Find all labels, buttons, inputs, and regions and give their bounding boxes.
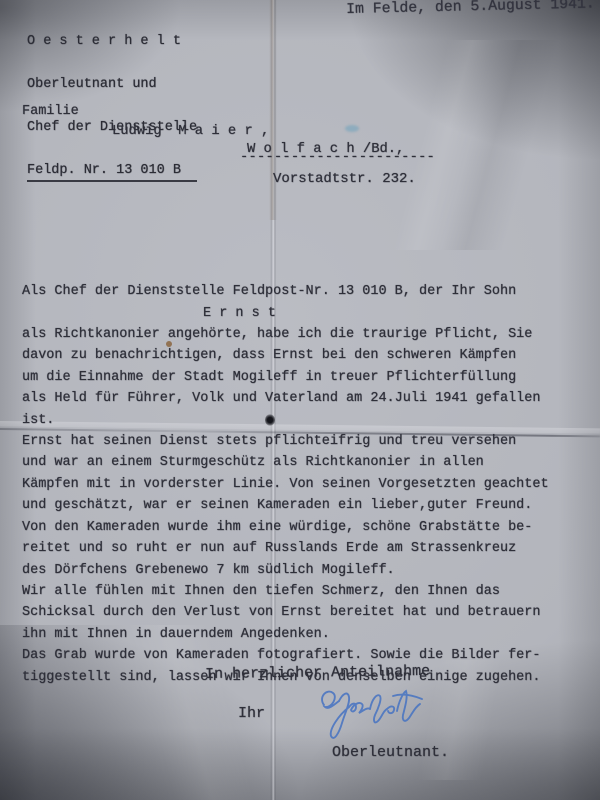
sender-fieldpost-number: Feldp. Nr. 13 010 B bbox=[27, 164, 197, 181]
body-line: und war an einem Sturmgeschütz als Richt… bbox=[22, 452, 582, 473]
sender-name: O e s t e r h e l t bbox=[27, 35, 197, 49]
recipient-street: Vorstadtstr. 232. bbox=[273, 171, 416, 187]
signature-ink-icon bbox=[314, 685, 426, 749]
body-line: des Dörfchens Grebenewo 7 km südlich Mog… bbox=[22, 560, 582, 581]
body-line: als Richtkanonier angehörte, habe ich di… bbox=[22, 324, 582, 345]
recipient-family-label: Familie bbox=[22, 104, 79, 119]
letter-body: Als Chef der Dienststelle Feldpost-Nr. 1… bbox=[22, 217, 582, 688]
body-line: Schicksal durch den Verlust von Ernst be… bbox=[22, 602, 582, 623]
fold-hole-spot bbox=[265, 414, 275, 426]
body-line: reitet und so ruht er nun auf Russlands … bbox=[22, 538, 582, 559]
body-line: als Held für Führer, Volk und Vaterland … bbox=[22, 388, 582, 409]
body-line: Das Grab wurde von Kameraden fotografier… bbox=[22, 645, 582, 666]
body-line: Ernst hat seinen Dienst stets pflichteif… bbox=[22, 431, 582, 452]
body-line: Als Chef der Dienststelle Feldpost-Nr. 1… bbox=[22, 281, 582, 302]
body-line: und geschätzt, war er seinen Kameraden e… bbox=[22, 495, 582, 516]
body-line: Kämpfen mit in vorderster Linie. Von sei… bbox=[22, 474, 582, 495]
body-line: Wir alle fühlen mit Ihnen den tiefen Sch… bbox=[22, 581, 582, 602]
ink-smudge bbox=[345, 125, 359, 132]
recipient-name: Ludwig M a i e r , bbox=[112, 124, 269, 139]
body-line: ist. bbox=[22, 410, 582, 431]
body-line: Von den Kameraden wurde ihm eine würdige… bbox=[22, 517, 582, 538]
sender-rank: Oberleutnant und bbox=[27, 78, 197, 92]
recipient-town-underline: ----------------------- bbox=[240, 150, 435, 165]
body-line: um die Einnahme der Stadt Mogileff in tr… bbox=[22, 367, 582, 388]
letter-photo: O e s t e r h e l t Oberleutnant und Che… bbox=[0, 0, 600, 800]
body-line: E r n s t bbox=[22, 303, 582, 324]
closing-salutation: In herzlicher Anteilnahme bbox=[205, 663, 430, 683]
vertical-fold-tear-top bbox=[269, 0, 277, 220]
letterhead-block: O e s t e r h e l t Oberleutnant und Che… bbox=[27, 6, 197, 193]
closing-pronoun: Ihr bbox=[238, 705, 265, 722]
date-line: Im Felde, den 5.August 1941. bbox=[346, 0, 595, 18]
body-line: ihn mit Ihnen in dauerndem Angedenken. bbox=[22, 624, 582, 645]
body-line: davon zu benachrichtigen, dass Ernst bei… bbox=[22, 345, 582, 366]
